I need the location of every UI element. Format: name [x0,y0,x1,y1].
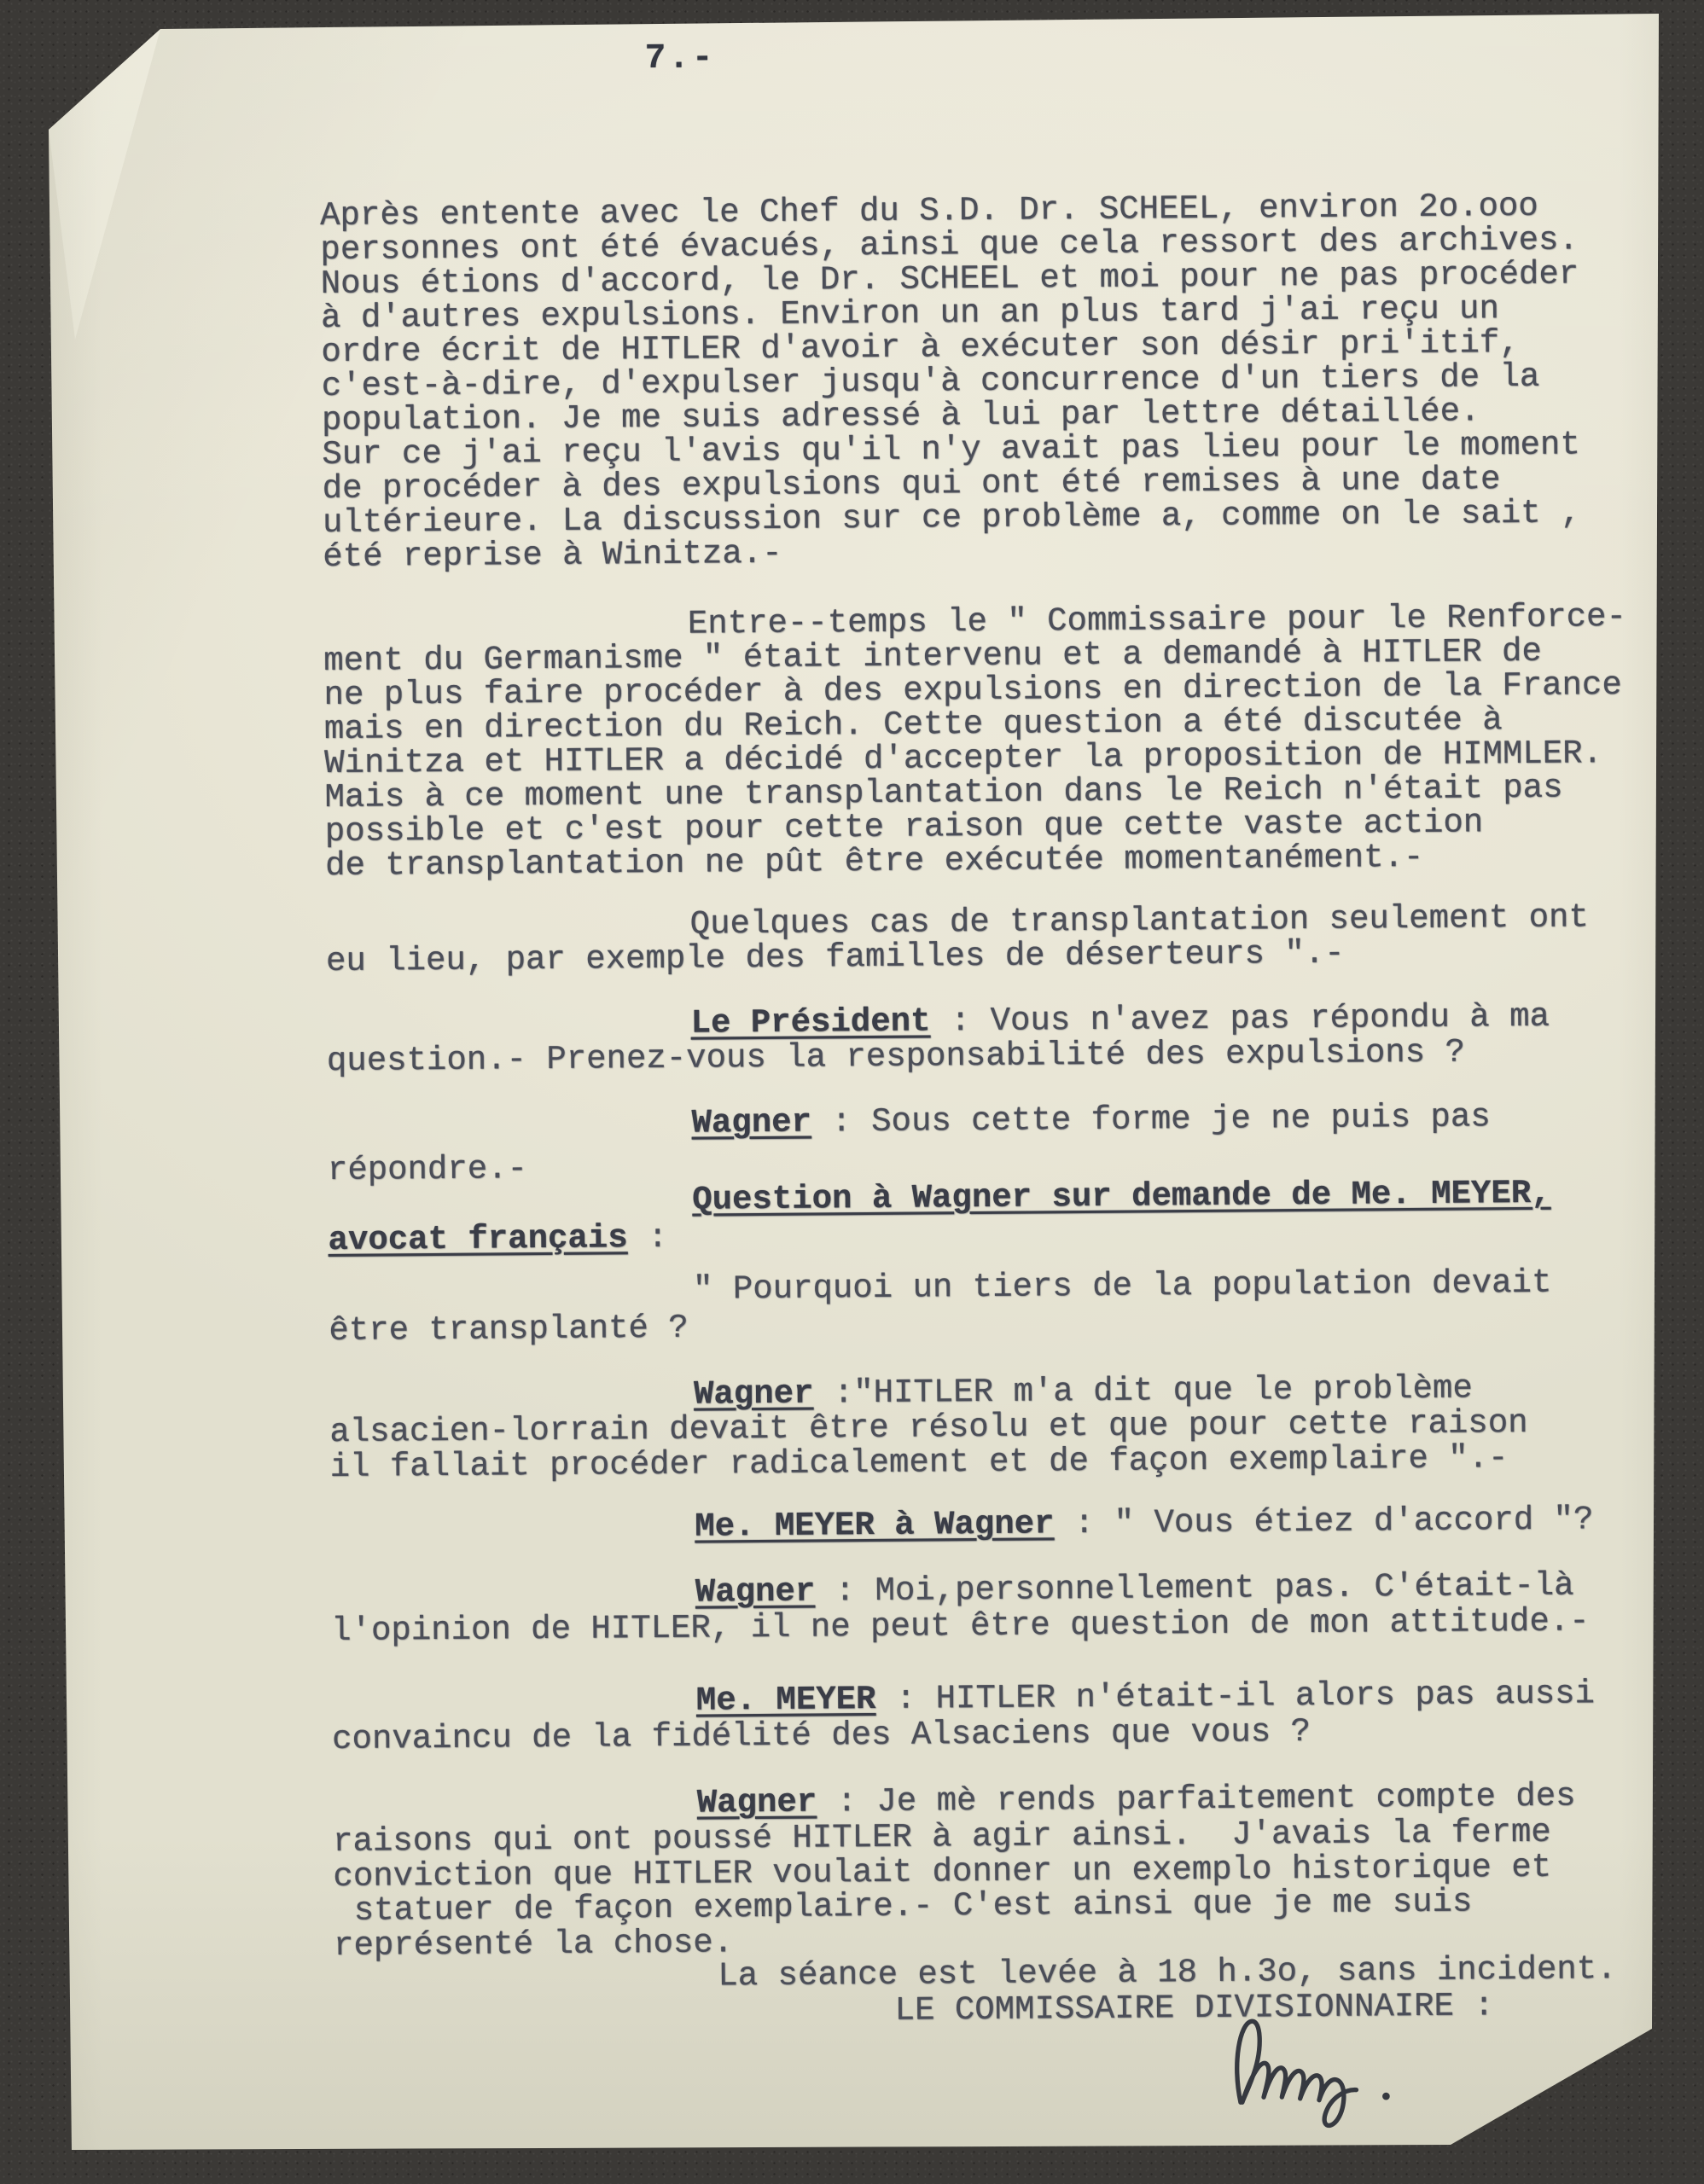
text-line: Wagner : Sous cette forme je ne puis pas [691,1100,1490,1140]
text-line: de transplantation ne pût être exécutée … [325,840,1423,883]
text-line: Quelques cas de transplantation seulemen… [690,900,1589,941]
text-line: représenté la chose. [334,1926,733,1963]
text-line: " Pourquoi un tiers de la population dev… [693,1266,1552,1307]
typewritten-text: 7.- Après entente avec le Chef du S.D. D… [0,0,1704,2184]
text-line: il fallait procéder radicalement et de f… [330,1441,1509,1484]
text-line: Me. MEYER : HITLER n'était-il alors pas … [696,1676,1595,1717]
text-line: ultérieure. La discussion sur ce problèm… [323,496,1581,540]
text-line: LE COMMISSAIRE DIVISIONNAIRE : [895,1989,1494,2028]
page-number: 7.- [645,39,716,78]
text-line: été reprise à Winitza.- [323,537,782,574]
text-line: Me. MEYER à Wagner : " Vous étiez d'acco… [695,1502,1593,1543]
text-line: eu lieu, par exemple des familles de dés… [326,937,1345,979]
text-line: Question à Wagner sur demande de Me. MEY… [692,1176,1551,1217]
text-line: être transplanté ? [329,1311,689,1348]
scan-photo: { "meta": { "kind": "scanned typewritten… [0,0,1704,2184]
text-line: question.- Prenez-vous la responsabilité… [327,1036,1465,1078]
text-line: l'opinion de HITLER, il ne peut être que… [331,1604,1590,1648]
text-line: avocat français : [328,1221,667,1258]
text-line: statuer de façon exemplaire.- C'est ains… [354,1885,1473,1927]
text-line: répondre.- [328,1152,527,1188]
text-line: convaincu de la fidélité des Alsaciens q… [332,1715,1311,1757]
signature-period-dot [1382,2093,1390,2100]
